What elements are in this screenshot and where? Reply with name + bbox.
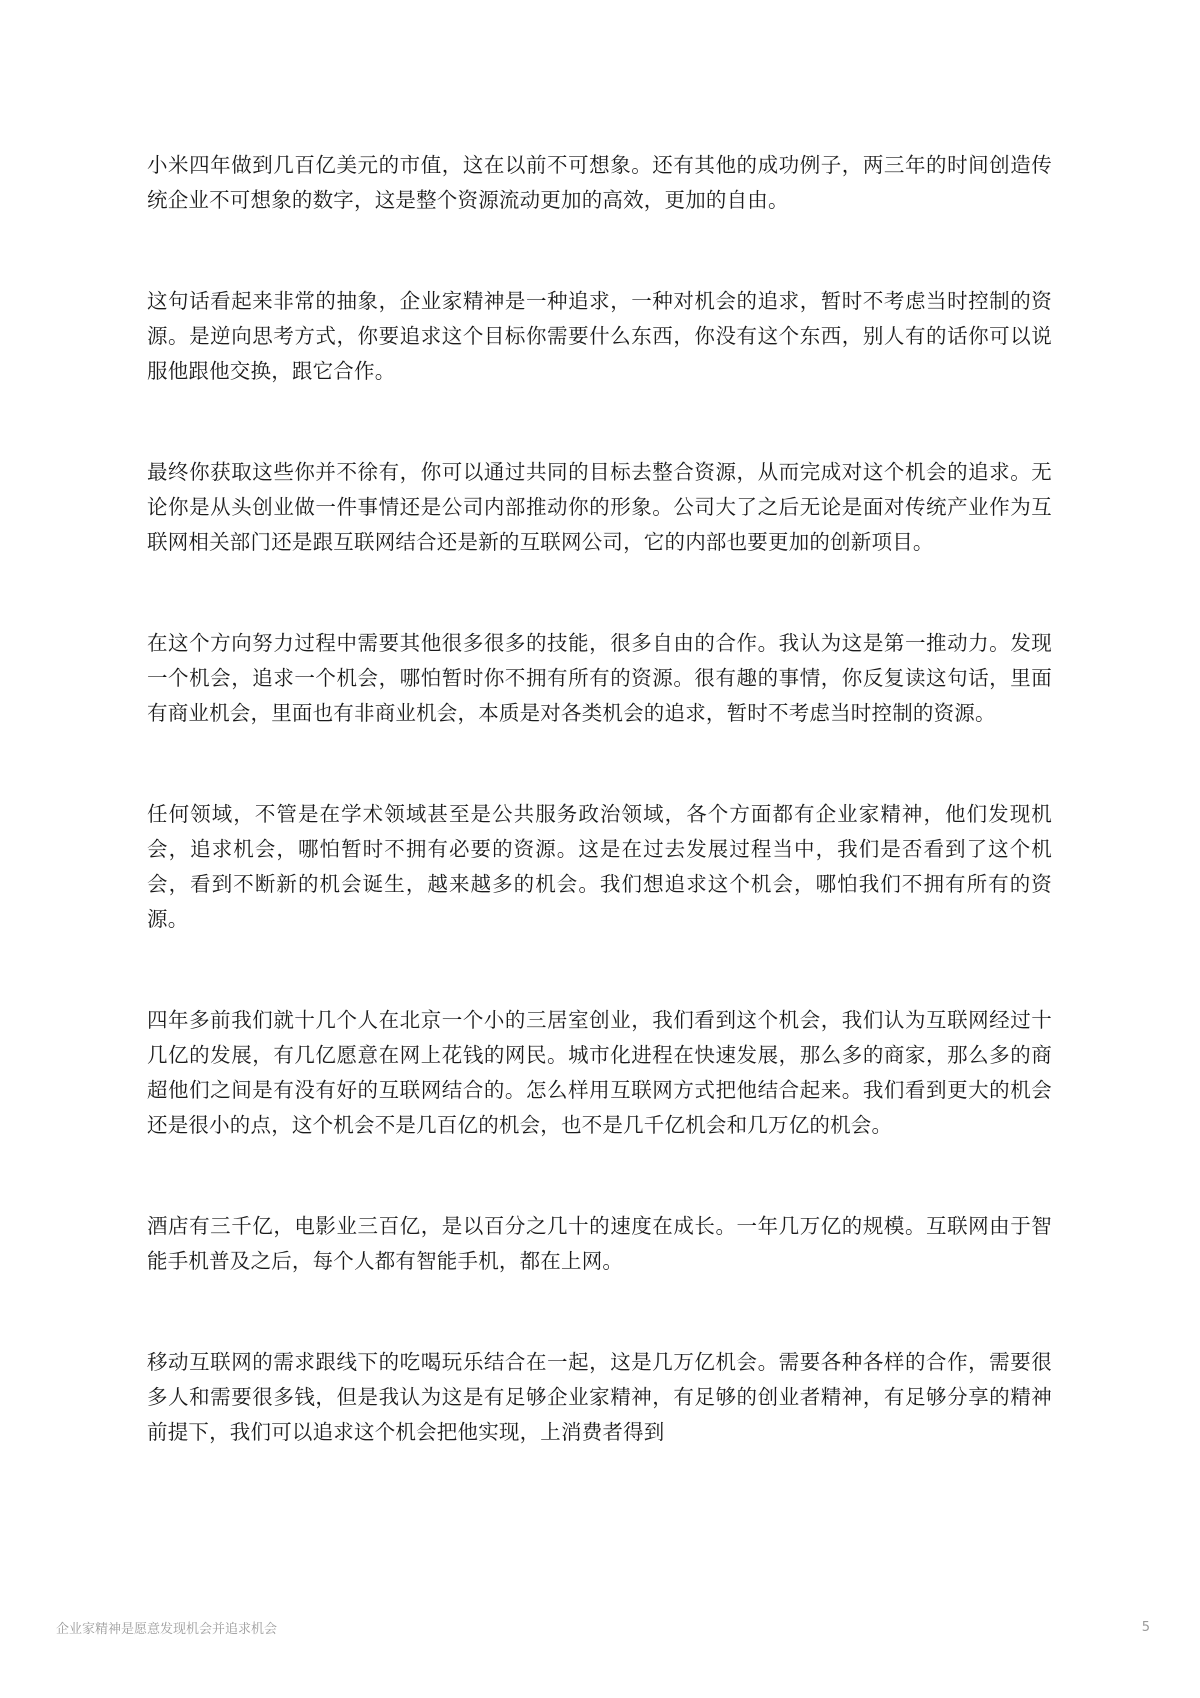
paragraph-5: 任何领域，不管是在学术领域甚至是公共服务政治领域，各个方面都有企业家精神，他们发… [147,797,1052,937]
paragraph-7: 酒店有三千亿，电影业三百亿，是以百分之几十的速度在成长。一年几万亿的规模。互联网… [147,1209,1052,1279]
paragraph-1: 小米四年做到几百亿美元的市值，这在以前不可想象。还有其他的成功例子，两三年的时间… [147,148,1052,218]
paragraph-4: 在这个方向努力过程中需要其他很多很多的技能，很多自由的合作。我认为这是第一推动力… [147,626,1052,731]
page-footer: 企业家精神是愿意发现机会并追求机会 5 [56,1615,1150,1639]
paragraph-2: 这句话看起来非常的抽象，企业家精神是一种追求，一种对机会的追求，暂时不考虑当时控… [147,284,1052,389]
paragraph-8: 移动互联网的需求跟线下的吃喝玩乐结合在一起，这是几万亿机会。需要各种各样的合作，… [147,1345,1052,1450]
document-body: 小米四年做到几百亿美元的市值，这在以前不可想象。还有其他的成功例子，两三年的时间… [147,148,1052,1516]
footer-title: 企业家精神是愿意发现机会并追求机会 [56,1618,277,1637]
paragraph-3: 最终你获取这些你并不徐有，你可以通过共同的目标去整合资源，从而完成对这个机会的追… [147,455,1052,560]
page-number: 5 [1142,1620,1150,1635]
paragraph-6: 四年多前我们就十几个人在北京一个小的三居室创业，我们看到这个机会，我们认为互联网… [147,1003,1052,1143]
